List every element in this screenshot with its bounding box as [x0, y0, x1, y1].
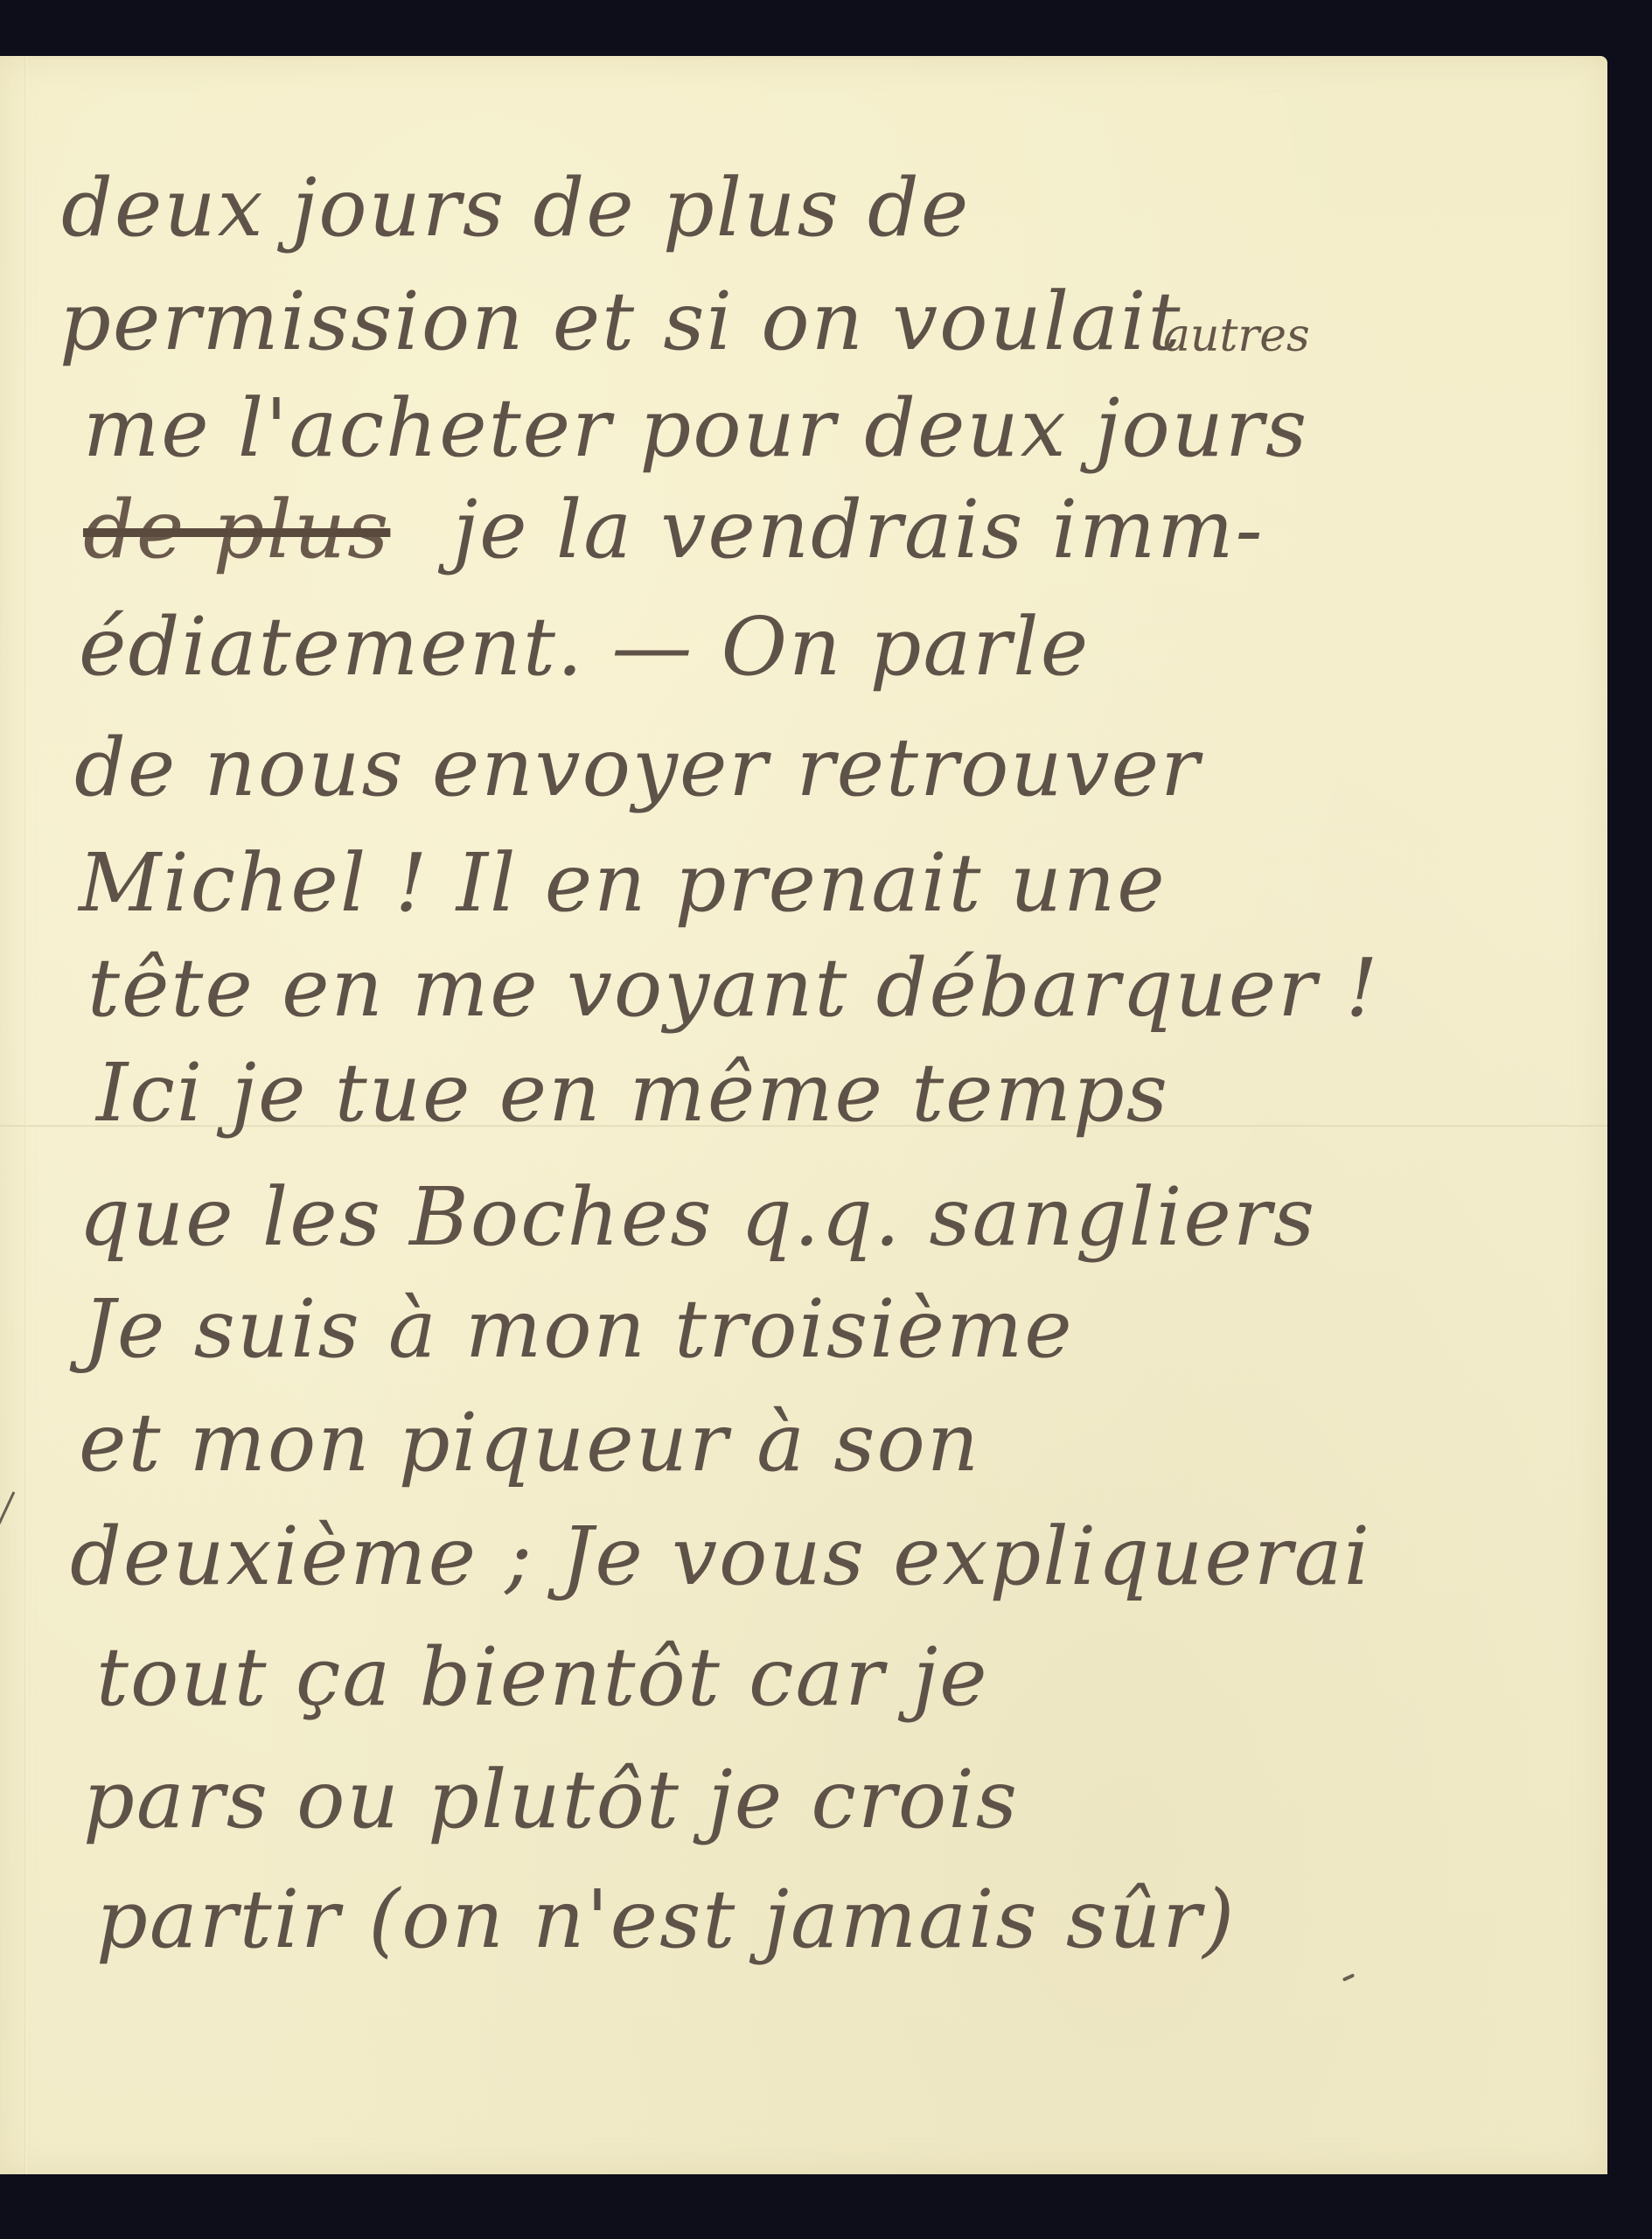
vertical-fold-crease: [24, 56, 27, 2174]
handwritten-line-1: deux jours de plus de: [61, 168, 970, 248]
handwritten-line-15: pars ou plutôt je crois: [83, 1760, 1019, 1840]
ink-mark-left-edge: [0, 1491, 15, 1524]
handwritten-line-13: deuxième ; Je vous expliquerai: [70, 1517, 1371, 1597]
handwritten-line-8: tête en me voyant débarquer !: [87, 948, 1379, 1029]
handwritten-line-2: permission et si on voulait: [59, 282, 1181, 362]
handwritten-line-16: partir (on n'est jamais sûr): [96, 1880, 1236, 1960]
handwritten-line-14: tout ça bientôt car je: [96, 1637, 989, 1718]
handwritten-line-12: et mon piqueur à son: [79, 1403, 980, 1483]
handwritten-line-3: me l'acheter pour deux jours: [83, 388, 1308, 469]
handwritten-line-6: de nous envoyer retrouver: [74, 728, 1201, 808]
handwritten-line-4: de plus je la vendrais imm-: [83, 490, 1265, 570]
handwritten-line-10: que les Boches q.q. sangliers: [79, 1177, 1316, 1258]
interlinear-insertion: autres: [1163, 310, 1310, 362]
handwritten-line-11: Je suis à mon troisième: [83, 1289, 1074, 1370]
handwritten-line-7: Michel ! Il en prenait une: [79, 843, 1167, 924]
line-4-continuation: je la vendrais imm-: [453, 483, 1265, 576]
letter-page: deux jours de plus de permission et si o…: [0, 56, 1607, 2174]
ink-mark: [1342, 1973, 1355, 1982]
handwritten-line-5: édiatement. — On parle: [79, 607, 1090, 687]
struck-out-text: de plus: [83, 483, 390, 576]
handwritten-line-9: Ici je tue en même temps: [96, 1053, 1169, 1133]
